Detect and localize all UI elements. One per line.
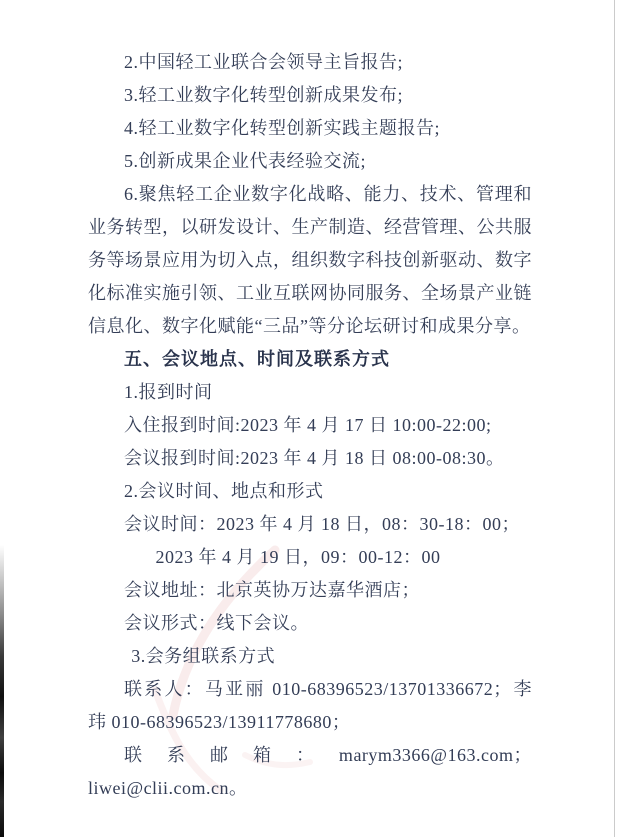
agenda-item-6: 6.聚焦轻工企业数字化战略、能力、技术、管理和业务转型，以研发设计、生产制造、经…: [88, 178, 532, 343]
subsection-contact: 3.会务组联系方式: [88, 640, 532, 673]
agenda-item-5: 5.创新成果企业代表经验交流;: [88, 145, 532, 178]
meeting-time-day1: 会议时间：2023 年 4 月 18 日，08：30-18：00；: [88, 508, 532, 541]
meeting-checkin-time: 会议报到时间:2023 年 4 月 18 日 08:00-08:30。: [88, 442, 532, 475]
meeting-address: 会议地址：北京英协万达嘉华酒店；: [88, 574, 532, 607]
section-heading-5: 五、会议地点、时间及联系方式: [88, 343, 532, 376]
meeting-time-day2: 2023 年 4 月 19 日，09：00-12：00: [88, 541, 532, 574]
contact-emails: 联系邮箱：marym3366@163.com；liwei@clii.com.cn…: [88, 739, 532, 805]
meeting-format: 会议形式：线下会议。: [88, 607, 532, 640]
agenda-item-4: 4.轻工业数字化转型创新实践主题报告;: [88, 112, 532, 145]
subsection-checkin-time: 1.报到时间: [88, 376, 532, 409]
subsection-meeting-info: 2.会议时间、地点和形式: [88, 475, 532, 508]
agenda-item-3: 3.轻工业数字化转型创新成果发布;: [88, 79, 532, 112]
contact-persons: 联系人：马亚丽 010-68396523/13701336672；李玮 010-…: [88, 673, 532, 739]
hotel-checkin-time: 入住报到时间:2023 年 4 月 17 日 10:00-22:00;: [88, 409, 532, 442]
scan-edge-artifact-right: [614, 0, 615, 837]
agenda-item-2: 2.中国轻工业联合会领导主旨报告;: [88, 46, 532, 79]
document-page: 2.中国轻工业联合会领导主旨报告; 3.轻工业数字化转型创新成果发布; 4.轻工…: [0, 0, 618, 837]
scan-edge-artifact-left: [0, 545, 4, 837]
document-body: 2.中国轻工业联合会领导主旨报告; 3.轻工业数字化转型创新成果发布; 4.轻工…: [88, 46, 532, 805]
